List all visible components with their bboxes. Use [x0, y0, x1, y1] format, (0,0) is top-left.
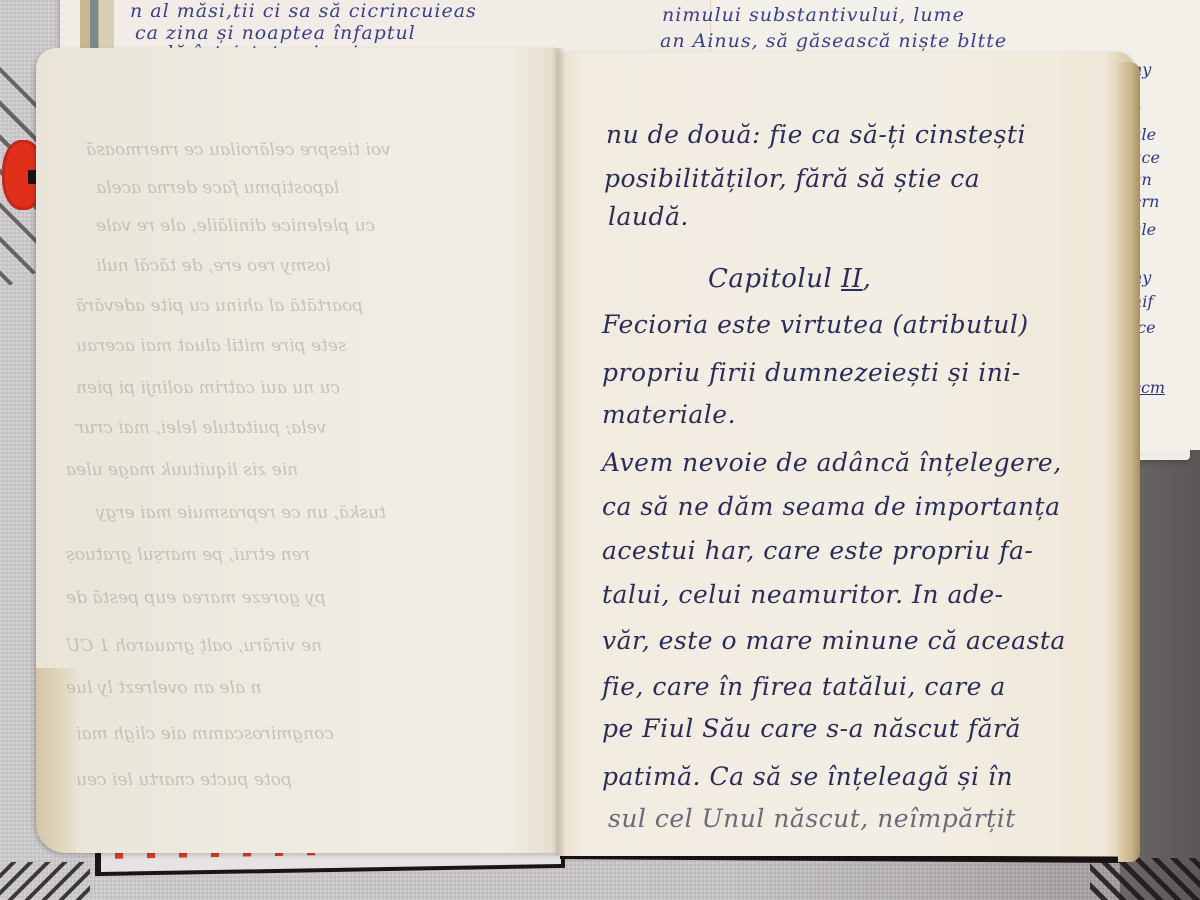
left-page: voi tiespre celăroilau ce rnermoasă lapo…: [36, 48, 558, 853]
handwritten-line-faint: sul cel Unul născut, neîmpărțit: [608, 804, 1016, 833]
bleed-through-line: cu nu aui catrim aolinji pi pien: [76, 378, 340, 398]
chapter-title: Capitolul: [708, 264, 832, 294]
notebook-gutter: [552, 48, 566, 856]
embroidery-motif-bottom-right: [1090, 858, 1200, 900]
handwritten-line: laudă.: [608, 202, 689, 231]
bleed-through-line: iosmy reo ere, de tăcăl nuli: [96, 256, 331, 276]
bleed-through-line: pote pucte cnartu lei ceu: [76, 770, 292, 790]
bleed-through-line: cu plelenice dinilăile, ale re vale: [96, 216, 375, 236]
handwritten-line: văr, este o mare minune că aceasta: [602, 626, 1066, 655]
bleed-through-line: lapostipmu face derna acela: [96, 178, 339, 198]
handwritten-line: ca să ne dăm seama de importanța: [602, 492, 1060, 521]
open-notebook: voi tiespre celăroilau ce rnermoasă lapo…: [36, 48, 1136, 860]
right-page: nu de două: fie ca să-ți cinstești posib…: [558, 52, 1132, 856]
handwritten-line: acestui har, care este propriu fa-: [602, 536, 1033, 565]
embroidery-motif-bottom-left: [0, 862, 90, 900]
chapter-heading: Capitolul II,: [708, 264, 871, 294]
bleed-through-line: py goreze marea eup pestă de: [66, 588, 326, 608]
bleed-through-line: ne virăru, oalț grauaroh 1 CU: [66, 636, 322, 656]
bleed-through-line: poartătă al ahinu cu pite adevără: [76, 296, 363, 316]
handwritten-line: fie, care în firea tatălui, care a: [602, 672, 1006, 701]
handwritten-line: Avem nevoie de adâncă înțelegere,: [602, 448, 1062, 477]
bleed-through-line: nie zis liquituuk mage ulea: [66, 460, 298, 480]
handwritten-line: pe Fiul Său care s-a născut fără: [602, 714, 1021, 743]
back-left-line: n al măsi,tii ci sa să cicrincuieas: [130, 0, 477, 22]
chapter-number: II: [841, 264, 863, 294]
back-left-line: ca zina și noaptea înfaptul: [135, 22, 416, 44]
bleed-through-line: sete pire mitil aluat mai acerau: [76, 336, 347, 356]
bleed-through-line: vela; puitatule lelei, mai crur: [76, 418, 326, 438]
handwritten-line: patimă. Ca să se înțeleagă și în: [602, 762, 1013, 791]
bleed-through-line: voi tiespre celăroilau ce rnermoasă: [86, 140, 391, 160]
bleed-through-line: ren etrui, pe marșul gratuoș: [66, 545, 310, 565]
handwritten-line: propriu firii dumnezeiești și ini-: [602, 358, 1021, 387]
handwritten-line: posibilităților, fără să știe ca: [604, 164, 980, 193]
bleed-through-line: congmiroscamm aie cligh mai: [76, 724, 334, 744]
handwritten-line: nu de două: fie ca să-ți cinstești: [606, 120, 1026, 149]
right-page-worn-edge: [1118, 62, 1140, 862]
handwritten-line: Fecioria este virtutea (atributul): [602, 310, 1029, 339]
back-right-line: nimului substantivului, lume: [662, 4, 965, 26]
bleed-through-line: tuskă, un ce reprasmuie mai ergy: [96, 503, 386, 523]
handwritten-line: materiale.: [602, 400, 736, 429]
handwritten-line: talui, celui neamuritor. In ade-: [602, 580, 1004, 609]
bleed-through-line: n ale an ovelrezt ly lue: [66, 678, 261, 698]
